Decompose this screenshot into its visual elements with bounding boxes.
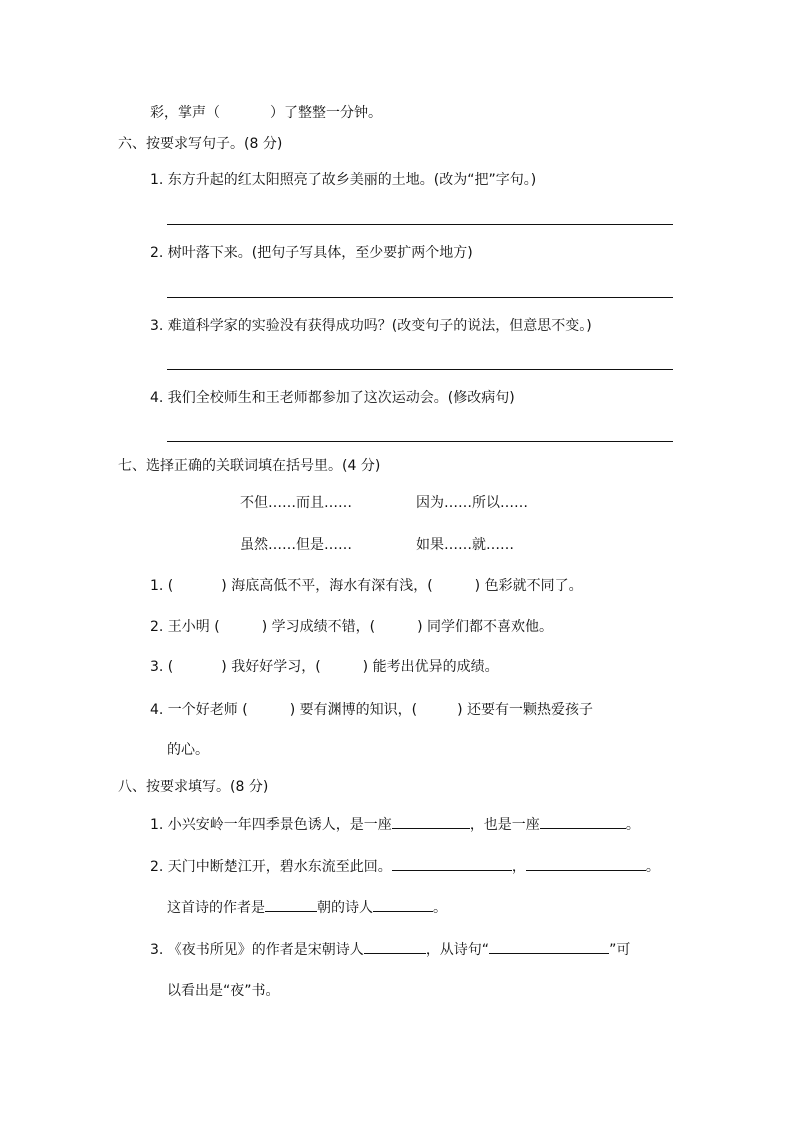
question-8-1: 1. 小兴安岭一年四季景色诱人，是一座，也是一座。 [150, 814, 640, 835]
question-7-4: 4. 一个好老师 () 要有渊博的知识，() 还要有一颗热爱孩子 [150, 700, 593, 720]
text: ) 海底高低不平，海水有深有浅，( [221, 578, 432, 594]
question-6-1: 1. 东方升起的红太阳照亮了故乡美丽的土地。(改为“把”字句。) [150, 170, 536, 190]
question-8-3: 3. 《夜书所见》的作者是宋朝诗人，从诗句“”可 [150, 939, 630, 960]
text: ) 要有渊博的知识，( [290, 702, 417, 718]
answer-blank[interactable] [392, 814, 470, 829]
text: ) 我好好学习，( [221, 659, 320, 675]
text: ) 色彩就不同了。 [475, 578, 583, 594]
text: 。 [626, 817, 640, 833]
option: 虽然……但是…… [240, 535, 352, 555]
text: ，从诗句“ [426, 942, 489, 958]
text: 。 [646, 859, 660, 875]
question-6-4: 4. 我们全校师生和王老师都参加了这次运动会。(修改病句) [150, 388, 515, 408]
answer-line[interactable] [167, 441, 673, 442]
text: 1. ( [150, 578, 173, 594]
option: 不但……而且…… [240, 493, 352, 513]
question-8-3-cont: 以看出是“夜”书。 [167, 981, 280, 1001]
option: 如果……就…… [416, 535, 514, 555]
text: ) 能考出优异的成绩。 [363, 659, 499, 675]
text: ) 学习成绩不错，( [262, 619, 375, 635]
section-heading-8: 八、按要求填写。(8 分) [118, 777, 268, 797]
text: 。 [433, 900, 447, 916]
answer-blank[interactable] [392, 856, 512, 871]
continuation-line: 彩，掌声（）了整整一分钟。 [150, 103, 382, 123]
text: 3. 《夜书所见》的作者是宋朝诗人 [150, 942, 364, 958]
option: 因为……所以…… [416, 493, 528, 513]
answer-blank[interactable] [526, 856, 646, 871]
text: 1. 小兴安岭一年四季景色诱人，是一座 [150, 817, 392, 833]
answer-line[interactable] [167, 297, 673, 298]
text: 3. ( [150, 659, 173, 675]
answer-blank[interactable] [373, 897, 433, 912]
text: ”可 [609, 942, 630, 958]
section-heading-7: 七、选择正确的关联词填在括号里。(4 分) [118, 456, 380, 476]
answer-blank[interactable] [265, 897, 317, 912]
section-heading-6: 六、按要求写句子。(8 分) [118, 134, 282, 154]
answer-blank[interactable] [364, 939, 426, 954]
answer-blank[interactable] [489, 939, 609, 954]
text: ， [512, 859, 526, 875]
question-8-2: 2. 天门中断楚江开，碧水东流至此回。，。 [150, 856, 660, 877]
text: ) 同学们都不喜欢他。 [417, 619, 553, 635]
text: ）了整整一分钟。 [270, 105, 382, 121]
question-7-4-cont: 的心。 [167, 740, 209, 760]
text: ，也是一座 [470, 817, 540, 833]
question-7-2: 2. 王小明 () 学习成绩不错，() 同学们都不喜欢他。 [150, 617, 553, 637]
text: 4. 一个好老师 ( [150, 702, 248, 718]
text: 2. 王小明 ( [150, 619, 220, 635]
answer-line[interactable] [167, 369, 673, 370]
text: ) 还要有一颗热爱孩子 [457, 702, 593, 718]
answer-blank[interactable] [540, 814, 626, 829]
question-7-3: 3. () 我好好学习，() 能考出优异的成绩。 [150, 657, 499, 677]
text: 2. 天门中断楚江开，碧水东流至此回。 [150, 859, 392, 875]
question-6-2: 2. 树叶落下来。(把句子写具体，至少要扩两个地方) [150, 243, 473, 263]
answer-line[interactable] [167, 224, 673, 225]
text: 彩，掌声（ [150, 105, 220, 121]
question-7-1: 1. () 海底高低不平，海水有深有浅，() 色彩就不同了。 [150, 576, 583, 596]
question-8-2-cont: 这首诗的作者是朝的诗人。 [167, 897, 447, 918]
text: 朝的诗人 [317, 900, 373, 916]
question-6-3: 3. 难道科学家的实验没有获得成功吗？(改变句子的说法，但意思不变。) [150, 316, 592, 336]
text: 这首诗的作者是 [167, 900, 265, 916]
